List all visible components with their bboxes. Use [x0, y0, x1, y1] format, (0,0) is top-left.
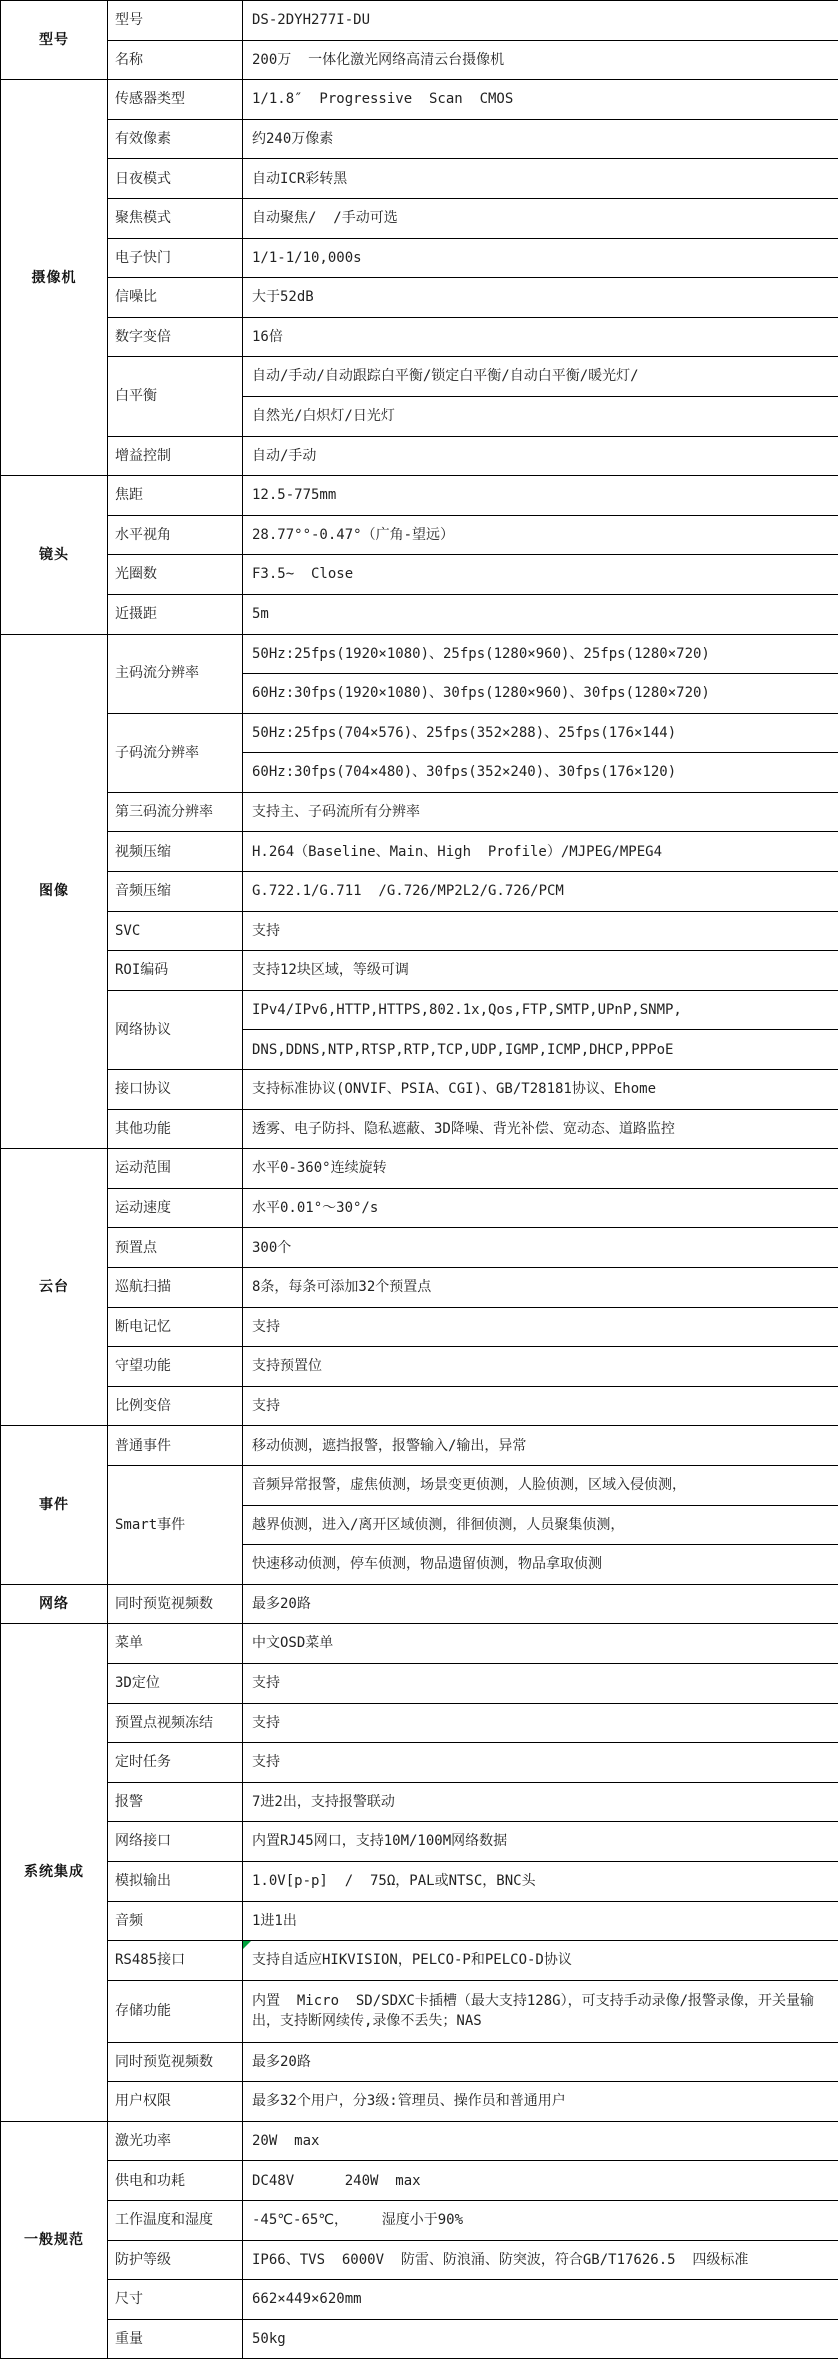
param-value-cell: 支持主、子码流所有分辨率: [243, 792, 838, 832]
param-label-cell: 模拟输出: [108, 1861, 243, 1901]
spec-row: 视频压缩H.264（Baseline、Main、High Profile）/MJ…: [1, 832, 838, 872]
param-value-text: F3.5~ Close: [252, 566, 353, 582]
param-value-cell: 自动/手动/自动跟踪白平衡/锁定白平衡/自动白平衡/暖光灯/: [243, 357, 838, 397]
param-value-text: 最多20路: [252, 2054, 311, 2070]
category-cell: 镜头: [1, 476, 108, 634]
param-value-cell: 自动聚焦/ /手动可选: [243, 198, 838, 238]
param-value-cell: 支持: [243, 1307, 838, 1347]
param-label-cell: 名称: [108, 40, 243, 80]
param-value-cell: 200万 一体化激光网络高清云台摄像机: [243, 40, 838, 80]
param-value-cell: 最多20路: [243, 2042, 838, 2082]
param-value-cell: 水平0-360°连续旋转: [243, 1149, 838, 1189]
spec-row: 一般规范激光功率20W max: [1, 2121, 838, 2161]
param-value-text: 中文OSD菜单: [252, 1635, 333, 1651]
param-value-cell: 12.5-775mm: [243, 476, 838, 516]
param-value-text: 300个: [252, 1240, 291, 1256]
param-label-cell: SVC: [108, 911, 243, 951]
spec-row: 预置点视频冻结支持: [1, 1703, 838, 1743]
param-value-text: 60Hz:30fps(1920×1080)、30fps(1280×960)、30…: [252, 685, 710, 701]
param-value-cell: IP66、TVS 6000V 防雷、防浪涌、防突波，符合GB/T17626.5 …: [243, 2240, 838, 2280]
category-cell: 系统集成: [1, 1624, 108, 2122]
spec-row: 断电记忆支持: [1, 1307, 838, 1347]
param-value-cell: 16倍: [243, 317, 838, 357]
category-cell: 摄像机: [1, 80, 108, 476]
param-label-cell: 白平衡: [108, 357, 243, 436]
spec-row: 尺寸662×449×620mm: [1, 2280, 838, 2320]
param-label-cell: 焦距: [108, 476, 243, 516]
param-label-cell: 同时预览视频数: [108, 2042, 243, 2082]
param-value-text: 支持12块区域，等级可调: [252, 962, 409, 978]
param-value-cell: 支持标准协议(ONVIF、PSIA、CGI)、GB/T28181协议、Ehome: [243, 1070, 838, 1110]
spec-row: 音频压缩G.722.1/G.711 /G.726/MP2L2/G.726/PCM: [1, 872, 838, 912]
spec-row: 音频1进1出: [1, 1901, 838, 1941]
param-value-text: 支持: [252, 1754, 280, 1770]
param-label-cell: 菜单: [108, 1624, 243, 1664]
param-value-text: 自动ICR彩转黑: [252, 171, 347, 187]
param-label-cell: 工作温度和湿度: [108, 2201, 243, 2241]
param-value-cell: 支持: [243, 1386, 838, 1426]
param-value-text: 自动聚焦/ /手动可选: [252, 210, 398, 226]
param-value-cell: 快速移动侦测，停车侦测，物品遗留侦测，物品拿取侦测: [243, 1545, 838, 1585]
param-value-cell: 支持预置位: [243, 1347, 838, 1387]
param-value-text: 自动/手动/自动跟踪白平衡/锁定白平衡/自动白平衡/暖光灯/: [252, 368, 639, 384]
spec-row: 系统集成菜单中文OSD菜单: [1, 1624, 838, 1664]
param-label-cell: 网络接口: [108, 1822, 243, 1862]
spec-row: 云台运动范围水平0-360°连续旋转: [1, 1149, 838, 1189]
spec-row: 巡航扫描8条，每条可添加32个预置点: [1, 1268, 838, 1308]
spec-row: 定时任务支持: [1, 1743, 838, 1783]
param-label-cell: 巡航扫描: [108, 1268, 243, 1308]
param-value-text: 最多32个用户，分3级:管理员、操作员和普通用户: [252, 2093, 566, 2109]
param-value-text: 5m: [252, 606, 269, 622]
spec-row: 图像主码流分辨率50Hz:25fps(1920×1080)、25fps(1280…: [1, 634, 838, 674]
param-label-cell: 尺寸: [108, 2280, 243, 2320]
param-value-cell: F3.5~ Close: [243, 555, 838, 595]
param-label-cell: 预置点视频冻结: [108, 1703, 243, 1743]
param-value-text: 约240万像素: [252, 131, 333, 147]
param-value-text: 20W max: [252, 2133, 319, 2149]
spec-row: 近摄距5m: [1, 594, 838, 634]
param-value-cell: 最多20路: [243, 1584, 838, 1624]
param-label-cell: 型号: [108, 1, 243, 41]
param-value-text: 16倍: [252, 329, 283, 345]
spec-row: SVC支持: [1, 911, 838, 951]
param-value-cell: 1进1出: [243, 1901, 838, 1941]
param-value-text: 支持: [252, 1398, 280, 1414]
param-value-cell: 透雾、电子防抖、隐私遮蔽、3D降噪、背光补偿、宽动态、道路监控: [243, 1109, 838, 1149]
param-label-cell: 近摄距: [108, 594, 243, 634]
spec-row: 报警7进2出，支持报警联动: [1, 1782, 838, 1822]
spec-row: 电子快门1/1-1/10,000s: [1, 238, 838, 278]
param-value-cell: G.722.1/G.711 /G.726/MP2L2/G.726/PCM: [243, 872, 838, 912]
param-label-cell: 电子快门: [108, 238, 243, 278]
param-value-text: 1.0V[p-p] / 75Ω，PAL或NTSC，BNC头: [252, 1873, 536, 1889]
param-value-cell: 7进2出，支持报警联动: [243, 1782, 838, 1822]
param-label-cell: 报警: [108, 1782, 243, 1822]
param-value-cell: 5m: [243, 594, 838, 634]
spec-row: 接口协议支持标准协议(ONVIF、PSIA、CGI)、GB/T28181协议、E…: [1, 1070, 838, 1110]
param-label-cell: 重量: [108, 2319, 243, 2359]
param-value-cell: DS-2DYH277I-DU: [243, 1, 838, 41]
spec-row: 有效像素约240万像素: [1, 119, 838, 159]
param-value-text: 最多20路: [252, 1596, 311, 1612]
category-cell: 事件: [1, 1426, 108, 1584]
param-label-cell: 运动范围: [108, 1149, 243, 1189]
spec-row: 其他功能透雾、电子防抖、隐私遮蔽、3D降噪、背光补偿、宽动态、道路监控: [1, 1109, 838, 1149]
param-value-text: 50kg: [252, 2331, 286, 2347]
param-value-cell: 300个: [243, 1228, 838, 1268]
spec-row: ROI编码支持12块区域，等级可调: [1, 951, 838, 991]
param-value-text: IPv4/IPv6,HTTP,HTTPS,802.1x,Qos,FTP,SMTP…: [252, 1002, 682, 1018]
param-label-cell: Smart事件: [108, 1465, 243, 1584]
param-label-cell: 有效像素: [108, 119, 243, 159]
spec-table-body: 型号型号DS-2DYH277I-DU名称200万 一体化激光网络高清云台摄像机摄…: [1, 1, 838, 2359]
param-value-text: 支持自适应HIKVISION，PELCO-P和PELCO-D协议: [252, 1952, 572, 1968]
param-value-text: 快速移动侦测，停车侦测，物品遗留侦测，物品拿取侦测: [252, 1556, 602, 1572]
spec-row: 网络协议IPv4/IPv6,HTTP,HTTPS,802.1x,Qos,FTP,…: [1, 990, 838, 1030]
param-label-cell: 防护等级: [108, 2240, 243, 2280]
param-value-text: DC48V 240W max: [252, 2173, 421, 2189]
param-label-cell: 同时预览视频数: [108, 1584, 243, 1624]
param-label-cell: 3D定位: [108, 1663, 243, 1703]
param-value-text: 1/1-1/10,000s: [252, 250, 362, 266]
param-value-cell: -45℃-65℃， 湿度小于90%: [243, 2201, 838, 2241]
param-value-text: 支持: [252, 923, 280, 939]
param-value-cell: 最多32个用户，分3级:管理员、操作员和普通用户: [243, 2082, 838, 2122]
param-label-cell: 日夜模式: [108, 159, 243, 199]
param-value-text: -45℃-65℃， 湿度小于90%: [252, 2212, 463, 2228]
param-label-cell: 数字变倍: [108, 317, 243, 357]
spec-row: 数字变倍16倍: [1, 317, 838, 357]
param-value-cell: DC48V 240W max: [243, 2161, 838, 2201]
param-value-text: 12.5-775mm: [252, 487, 336, 503]
param-value-cell: 60Hz:30fps(1920×1080)、30fps(1280×960)、30…: [243, 674, 838, 714]
param-label-cell: 普通事件: [108, 1426, 243, 1466]
param-value-text: 8条，每条可添加32个预置点: [252, 1279, 431, 1295]
param-value-cell: 20W max: [243, 2121, 838, 2161]
param-value-text: 支持: [252, 1715, 280, 1731]
spec-row: 名称200万 一体化激光网络高清云台摄像机: [1, 40, 838, 80]
param-value-cell: 大于52dB: [243, 278, 838, 318]
param-label-cell: 传感器类型: [108, 80, 243, 120]
param-value-text: 内置RJ45网口，支持10M/100M网络数据: [252, 1833, 507, 1849]
spec-row: 重量50kg: [1, 2319, 838, 2359]
param-value-cell: 8条，每条可添加32个预置点: [243, 1268, 838, 1308]
param-value-cell: 60Hz:30fps(704×480)、30fps(352×240)、30fps…: [243, 753, 838, 793]
param-label-cell: 存储功能: [108, 1980, 243, 2042]
param-label-cell: 光圈数: [108, 555, 243, 595]
param-value-text: 透雾、电子防抖、隐私遮蔽、3D降噪、背光补偿、宽动态、道路监控: [252, 1121, 675, 1137]
param-value-cell: 支持: [243, 911, 838, 951]
spec-row: RS485接口支持自适应HIKVISION，PELCO-P和PELCO-D协议: [1, 1941, 838, 1981]
spec-row: 用户权限最多32个用户，分3级:管理员、操作员和普通用户: [1, 2082, 838, 2122]
spec-row: 日夜模式自动ICR彩转黑: [1, 159, 838, 199]
param-value-text: 1进1出: [252, 1913, 297, 1929]
param-label-cell: 水平视角: [108, 515, 243, 555]
category-cell: 图像: [1, 634, 108, 1149]
param-label-cell: 运动速度: [108, 1188, 243, 1228]
param-value-text: 水平0.01°～30°/s: [252, 1200, 378, 1216]
param-value-cell: 支持12块区域，等级可调: [243, 951, 838, 991]
param-value-text: 内置 Micro SD/SDXC卡插槽（最大支持128G），可支持手动录像/报警…: [252, 1993, 814, 2029]
param-value-cell: 50Hz:25fps(1920×1080)、25fps(1280×960)、25…: [243, 634, 838, 674]
spec-row: Smart事件音频异常报警，虚焦侦测，场景变更侦测，人脸侦测，区域入侵侦测，: [1, 1465, 838, 1505]
param-value-cell: 内置 Micro SD/SDXC卡插槽（最大支持128G），可支持手动录像/报警…: [243, 1980, 838, 2042]
param-label-cell: 音频: [108, 1901, 243, 1941]
param-value-cell: 约240万像素: [243, 119, 838, 159]
spec-row: 防护等级IP66、TVS 6000V 防雷、防浪涌、防突波，符合GB/T1762…: [1, 2240, 838, 2280]
param-value-cell: 支持自适应HIKVISION，PELCO-P和PELCO-D协议: [243, 1941, 838, 1981]
param-value-text: 28.77°°-0.47°（广角-望远）: [252, 527, 454, 543]
param-label-cell: 激光功率: [108, 2121, 243, 2161]
spec-row: 预置点300个: [1, 1228, 838, 1268]
param-value-text: 60Hz:30fps(704×480)、30fps(352×240)、30fps…: [252, 764, 676, 780]
spec-row: 网络接口内置RJ45网口，支持10M/100M网络数据: [1, 1822, 838, 1862]
param-value-text: IP66、TVS 6000V 防雷、防浪涌、防突波，符合GB/T17626.5 …: [252, 2252, 748, 2268]
param-label-cell: 主码流分辨率: [108, 634, 243, 713]
param-label-cell: 信噪比: [108, 278, 243, 318]
spec-row: 存储功能内置 Micro SD/SDXC卡插槽（最大支持128G），可支持手动录…: [1, 1980, 838, 2042]
param-value-text: 水平0-360°连续旋转: [252, 1160, 387, 1176]
param-label-cell: 定时任务: [108, 1743, 243, 1783]
param-value-cell: 支持: [243, 1663, 838, 1703]
param-value-text: 支持预置位: [252, 1358, 322, 1374]
param-value-text: 自然光/白炽灯/日光灯: [252, 408, 395, 424]
param-value-cell: 支持: [243, 1743, 838, 1783]
param-value-cell: 中文OSD菜单: [243, 1624, 838, 1664]
spec-row: 型号型号DS-2DYH277I-DU: [1, 1, 838, 41]
param-value-text: DNS,DDNS,NTP,RTSP,RTP,TCP,UDP,IGMP,ICMP,…: [252, 1042, 673, 1058]
spec-row: 工作温度和湿度-45℃-65℃， 湿度小于90%: [1, 2201, 838, 2241]
param-value-text: 自动/手动: [252, 448, 316, 464]
spec-row: 水平视角28.77°°-0.47°（广角-望远）: [1, 515, 838, 555]
param-value-cell: 自动ICR彩转黑: [243, 159, 838, 199]
param-label-cell: 子码流分辨率: [108, 713, 243, 792]
param-value-cell: 自动/手动: [243, 436, 838, 476]
param-label-cell: 断电记忆: [108, 1307, 243, 1347]
param-label-cell: 比例变倍: [108, 1386, 243, 1426]
param-value-text: H.264（Baseline、Main、High Profile）/MJPEG/…: [252, 844, 662, 860]
spec-row: 子码流分辨率50Hz:25fps(704×576)、25fps(352×288)…: [1, 713, 838, 753]
param-label-cell: 视频压缩: [108, 832, 243, 872]
param-label-cell: 增益控制: [108, 436, 243, 476]
spec-row: 守望功能支持预置位: [1, 1347, 838, 1387]
spec-row: 聚焦模式自动聚焦/ /手动可选: [1, 198, 838, 238]
category-cell: 型号: [1, 1, 108, 80]
param-label-cell: 守望功能: [108, 1347, 243, 1387]
param-label-cell: 第三码流分辨率: [108, 792, 243, 832]
param-value-cell: IPv4/IPv6,HTTP,HTTPS,802.1x,Qos,FTP,SMTP…: [243, 990, 838, 1030]
param-label-cell: 接口协议: [108, 1070, 243, 1110]
param-value-text: 1/1.8″ Progressive Scan CMOS: [252, 91, 513, 107]
category-cell: 一般规范: [1, 2121, 108, 2359]
param-value-text: 音频异常报警，虚焦侦测，场景变更侦测，人脸侦测，区域入侵侦测，: [252, 1477, 686, 1493]
param-value-text: 支持: [252, 1675, 280, 1691]
param-value-cell: DNS,DDNS,NTP,RTSP,RTP,TCP,UDP,IGMP,ICMP,…: [243, 1030, 838, 1070]
param-value-cell: 水平0.01°～30°/s: [243, 1188, 838, 1228]
spec-row: 光圈数F3.5~ Close: [1, 555, 838, 595]
param-value-text: 50Hz:25fps(704×576)、25fps(352×288)、25fps…: [252, 725, 676, 741]
param-value-cell: 1/1.8″ Progressive Scan CMOS: [243, 80, 838, 120]
param-value-text: G.722.1/G.711 /G.726/MP2L2/G.726/PCM: [252, 883, 564, 899]
param-value-cell: 50Hz:25fps(704×576)、25fps(352×288)、25fps…: [243, 713, 838, 753]
spec-row: 同时预览视频数最多20路: [1, 2042, 838, 2082]
param-value-text: 支持: [252, 1319, 280, 1335]
param-value-text: 支持主、子码流所有分辨率: [252, 804, 420, 820]
param-value-cell: 移动侦测，遮挡报警，报警输入/输出，异常: [243, 1426, 838, 1466]
param-value-text: 大于52dB: [252, 289, 314, 305]
param-label-cell: 聚焦模式: [108, 198, 243, 238]
spec-row: 供电和功耗DC48V 240W max: [1, 2161, 838, 2201]
param-value-cell: 50kg: [243, 2319, 838, 2359]
spec-row: 白平衡自动/手动/自动跟踪白平衡/锁定白平衡/自动白平衡/暖光灯/: [1, 357, 838, 397]
param-value-text: 支持标准协议(ONVIF、PSIA、CGI)、GB/T28181协议、Ehome: [252, 1081, 656, 1097]
param-value-text: 200万 一体化激光网络高清云台摄像机: [252, 52, 504, 68]
param-value-text: 越界侦测，进入/离开区域侦测，徘徊侦测，人员聚集侦测，: [252, 1517, 624, 1533]
spec-row: 运动速度水平0.01°～30°/s: [1, 1188, 838, 1228]
spec-row: 第三码流分辨率支持主、子码流所有分辨率: [1, 792, 838, 832]
param-label-cell: 预置点: [108, 1228, 243, 1268]
param-label-cell: 供电和功耗: [108, 2161, 243, 2201]
spec-row: 模拟输出1.0V[p-p] / 75Ω，PAL或NTSC，BNC头: [1, 1861, 838, 1901]
spec-table: 型号型号DS-2DYH277I-DU名称200万 一体化激光网络高清云台摄像机摄…: [0, 0, 838, 2359]
param-value-cell: 1.0V[p-p] / 75Ω，PAL或NTSC，BNC头: [243, 1861, 838, 1901]
param-value-text: 50Hz:25fps(1920×1080)、25fps(1280×960)、25…: [252, 646, 710, 662]
param-value-cell: 内置RJ45网口，支持10M/100M网络数据: [243, 1822, 838, 1862]
spec-row: 增益控制自动/手动: [1, 436, 838, 476]
spec-row: 信噪比大于52dB: [1, 278, 838, 318]
param-value-cell: H.264（Baseline、Main、High Profile）/MJPEG/…: [243, 832, 838, 872]
category-cell: 云台: [1, 1149, 108, 1426]
param-label-cell: RS485接口: [108, 1941, 243, 1981]
param-label-cell: 用户权限: [108, 2082, 243, 2122]
cell-comment-triangle-icon: [243, 1941, 251, 1949]
param-label-cell: ROI编码: [108, 951, 243, 991]
param-value-text: 7进2出，支持报警联动: [252, 1794, 395, 1810]
param-value-cell: 自然光/白炽灯/日光灯: [243, 396, 838, 436]
spec-row: 事件普通事件移动侦测，遮挡报警，报警输入/输出，异常: [1, 1426, 838, 1466]
param-label-cell: 其他功能: [108, 1109, 243, 1149]
spec-row: 摄像机传感器类型1/1.8″ Progressive Scan CMOS: [1, 80, 838, 120]
param-value-cell: 支持: [243, 1703, 838, 1743]
param-value-cell: 越界侦测，进入/离开区域侦测，徘徊侦测，人员聚集侦测，: [243, 1505, 838, 1545]
param-value-text: 662×449×620mm: [252, 2291, 362, 2307]
param-value-cell: 1/1-1/10,000s: [243, 238, 838, 278]
spec-row: 网络同时预览视频数最多20路: [1, 1584, 838, 1624]
spec-row: 3D定位支持: [1, 1663, 838, 1703]
param-value-cell: 28.77°°-0.47°（广角-望远）: [243, 515, 838, 555]
param-value-cell: 音频异常报警，虚焦侦测，场景变更侦测，人脸侦测，区域入侵侦测，: [243, 1465, 838, 1505]
spec-row: 比例变倍支持: [1, 1386, 838, 1426]
param-label-cell: 网络协议: [108, 990, 243, 1069]
spec-row: 镜头焦距12.5-775mm: [1, 476, 838, 516]
category-cell: 网络: [1, 1584, 108, 1624]
param-value-cell: 662×449×620mm: [243, 2280, 838, 2320]
param-value-text: 移动侦测，遮挡报警，报警输入/输出，异常: [252, 1438, 526, 1454]
param-value-text: DS-2DYH277I-DU: [252, 12, 370, 28]
param-label-cell: 音频压缩: [108, 872, 243, 912]
